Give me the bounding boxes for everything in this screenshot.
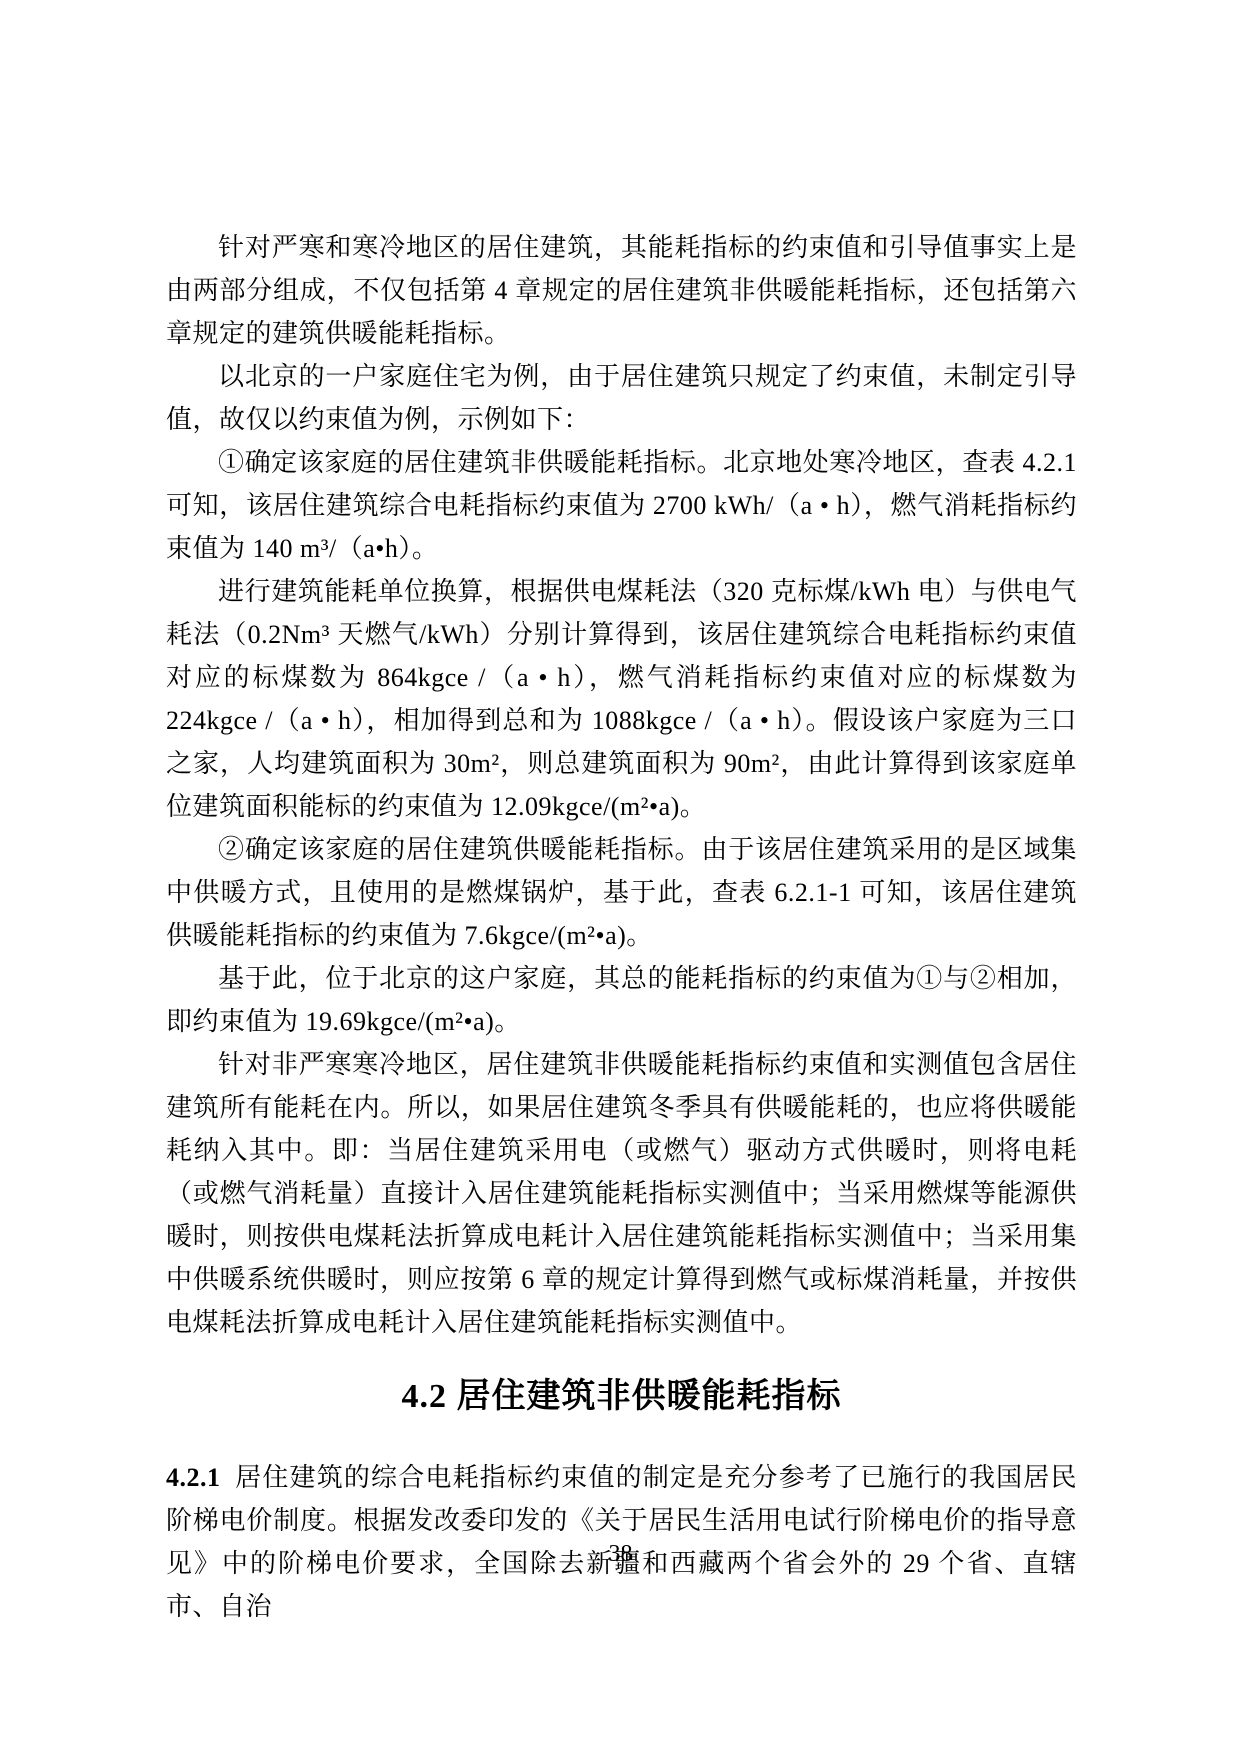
document-body: 针对严寒和寒冷地区的居住建筑，其能耗指标的约束值和引导值事实上是由两部分组成，不… bbox=[166, 226, 1077, 1628]
paragraph-total-constraint: 基于此，位于北京的这户家庭，其总的能耗指标的约束值为①与②相加，即约束值为 19… bbox=[166, 957, 1077, 1043]
paragraph-step1-non-heating: ①确定该家庭的居住建筑非供暖能耗指标。北京地处寒冷地区，查表 4.2.1 可知，… bbox=[166, 441, 1077, 570]
clause-number: 4.2.1 bbox=[166, 1463, 235, 1492]
section-heading: 4.2 居住建筑非供暖能耗指标 bbox=[166, 1374, 1077, 1420]
paragraph-non-severe-cold: 针对非严寒寒冷地区，居住建筑非供暖能耗指标约束值和实测值包含居住建筑所有能耗在内… bbox=[166, 1043, 1077, 1344]
paragraph-beijing-example: 以北京的一户家庭住宅为例，由于居住建筑只规定了约束值，未制定引导值，故仅以约束值… bbox=[166, 355, 1077, 441]
page-number: 38 bbox=[0, 1540, 1241, 1568]
paragraph-step2-heating: ②确定该家庭的居住建筑供暖能耗指标。由于该居住建筑采用的是区域集中供暖方式，且使… bbox=[166, 828, 1077, 957]
document-page: 针对严寒和寒冷地区的居住建筑，其能耗指标的约束值和引导值事实上是由两部分组成，不… bbox=[0, 0, 1241, 1754]
paragraph-intro-regions: 针对严寒和寒冷地区的居住建筑，其能耗指标的约束值和引导值事实上是由两部分组成，不… bbox=[166, 226, 1077, 355]
paragraph-unit-conversion: 进行建筑能耗单位换算，根据供电煤耗法（320 克标煤/kWh 电）与供电气耗法（… bbox=[166, 570, 1077, 828]
